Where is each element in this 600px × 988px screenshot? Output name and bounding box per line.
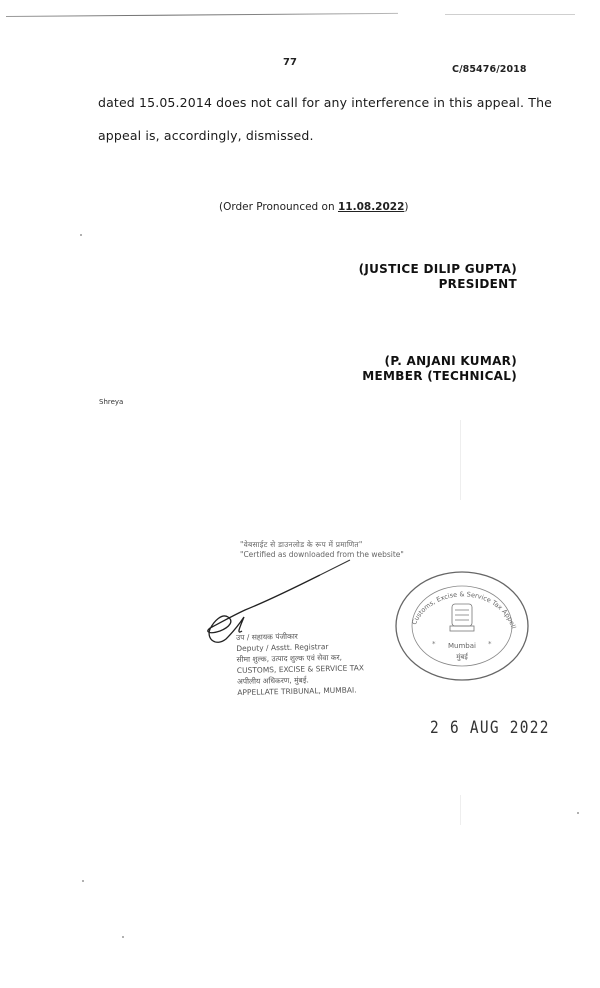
registrar-stamp: उप / सहायक पंजीकार Deputy / Asstt. Regis… (236, 629, 364, 698)
signatory-name: (P. ANJANI KUMAR) (362, 354, 517, 369)
order-prefix: (Order Pronounced on (219, 201, 338, 213)
scan-speck (122, 936, 124, 938)
received-date-stamp: 2 6 AUG 2022 (430, 718, 550, 738)
order-suffix: ) (404, 201, 408, 213)
registrar-line: APPELLATE TRIBUNAL, MUMBAI. (237, 684, 364, 698)
order-pronounced: (Order Pronounced on 11.08.2022) (219, 201, 409, 213)
scan-speck (82, 880, 84, 882)
signatory-designation: PRESIDENT (359, 277, 517, 292)
signatory-president: (JUSTICE DILIP GUPTA) PRESIDENT (359, 262, 517, 292)
signatory-designation: MEMBER (TECHNICAL) (362, 369, 517, 384)
svg-text:*: * (432, 640, 436, 648)
svg-text:*: * (488, 640, 492, 648)
scan-speck (577, 812, 579, 814)
signatory-member: (P. ANJANI KUMAR) MEMBER (TECHNICAL) (362, 354, 517, 384)
case-number: C/85476/2018 (452, 64, 527, 75)
certification-hindi: "वेबसाईट से डाउनलोड के रूप में प्रमाणित" (240, 540, 404, 550)
scan-artifact-line (6, 13, 398, 17)
body-text-line: appeal is, accordingly, dismissed. (98, 128, 314, 143)
body-text-line: dated 15.05.2014 does not call for any i… (98, 95, 552, 110)
emblem-icon (450, 604, 474, 631)
typist-initials: Shreya (99, 398, 123, 406)
scan-artifact-line (460, 420, 461, 500)
page-number: 77 (283, 57, 297, 68)
order-date: 11.08.2022 (338, 201, 404, 213)
seal-city-en: Mumbai (448, 642, 476, 650)
scan-speck (80, 234, 82, 236)
signatory-name: (JUSTICE DILIP GUPTA) (359, 262, 517, 277)
scan-artifact-line (460, 795, 461, 825)
seal-city-hi: मुंबई (456, 652, 469, 661)
tribunal-seal: Customs, Excise & Service Tax Appellate … (392, 568, 532, 684)
scan-artifact-line (445, 14, 575, 15)
